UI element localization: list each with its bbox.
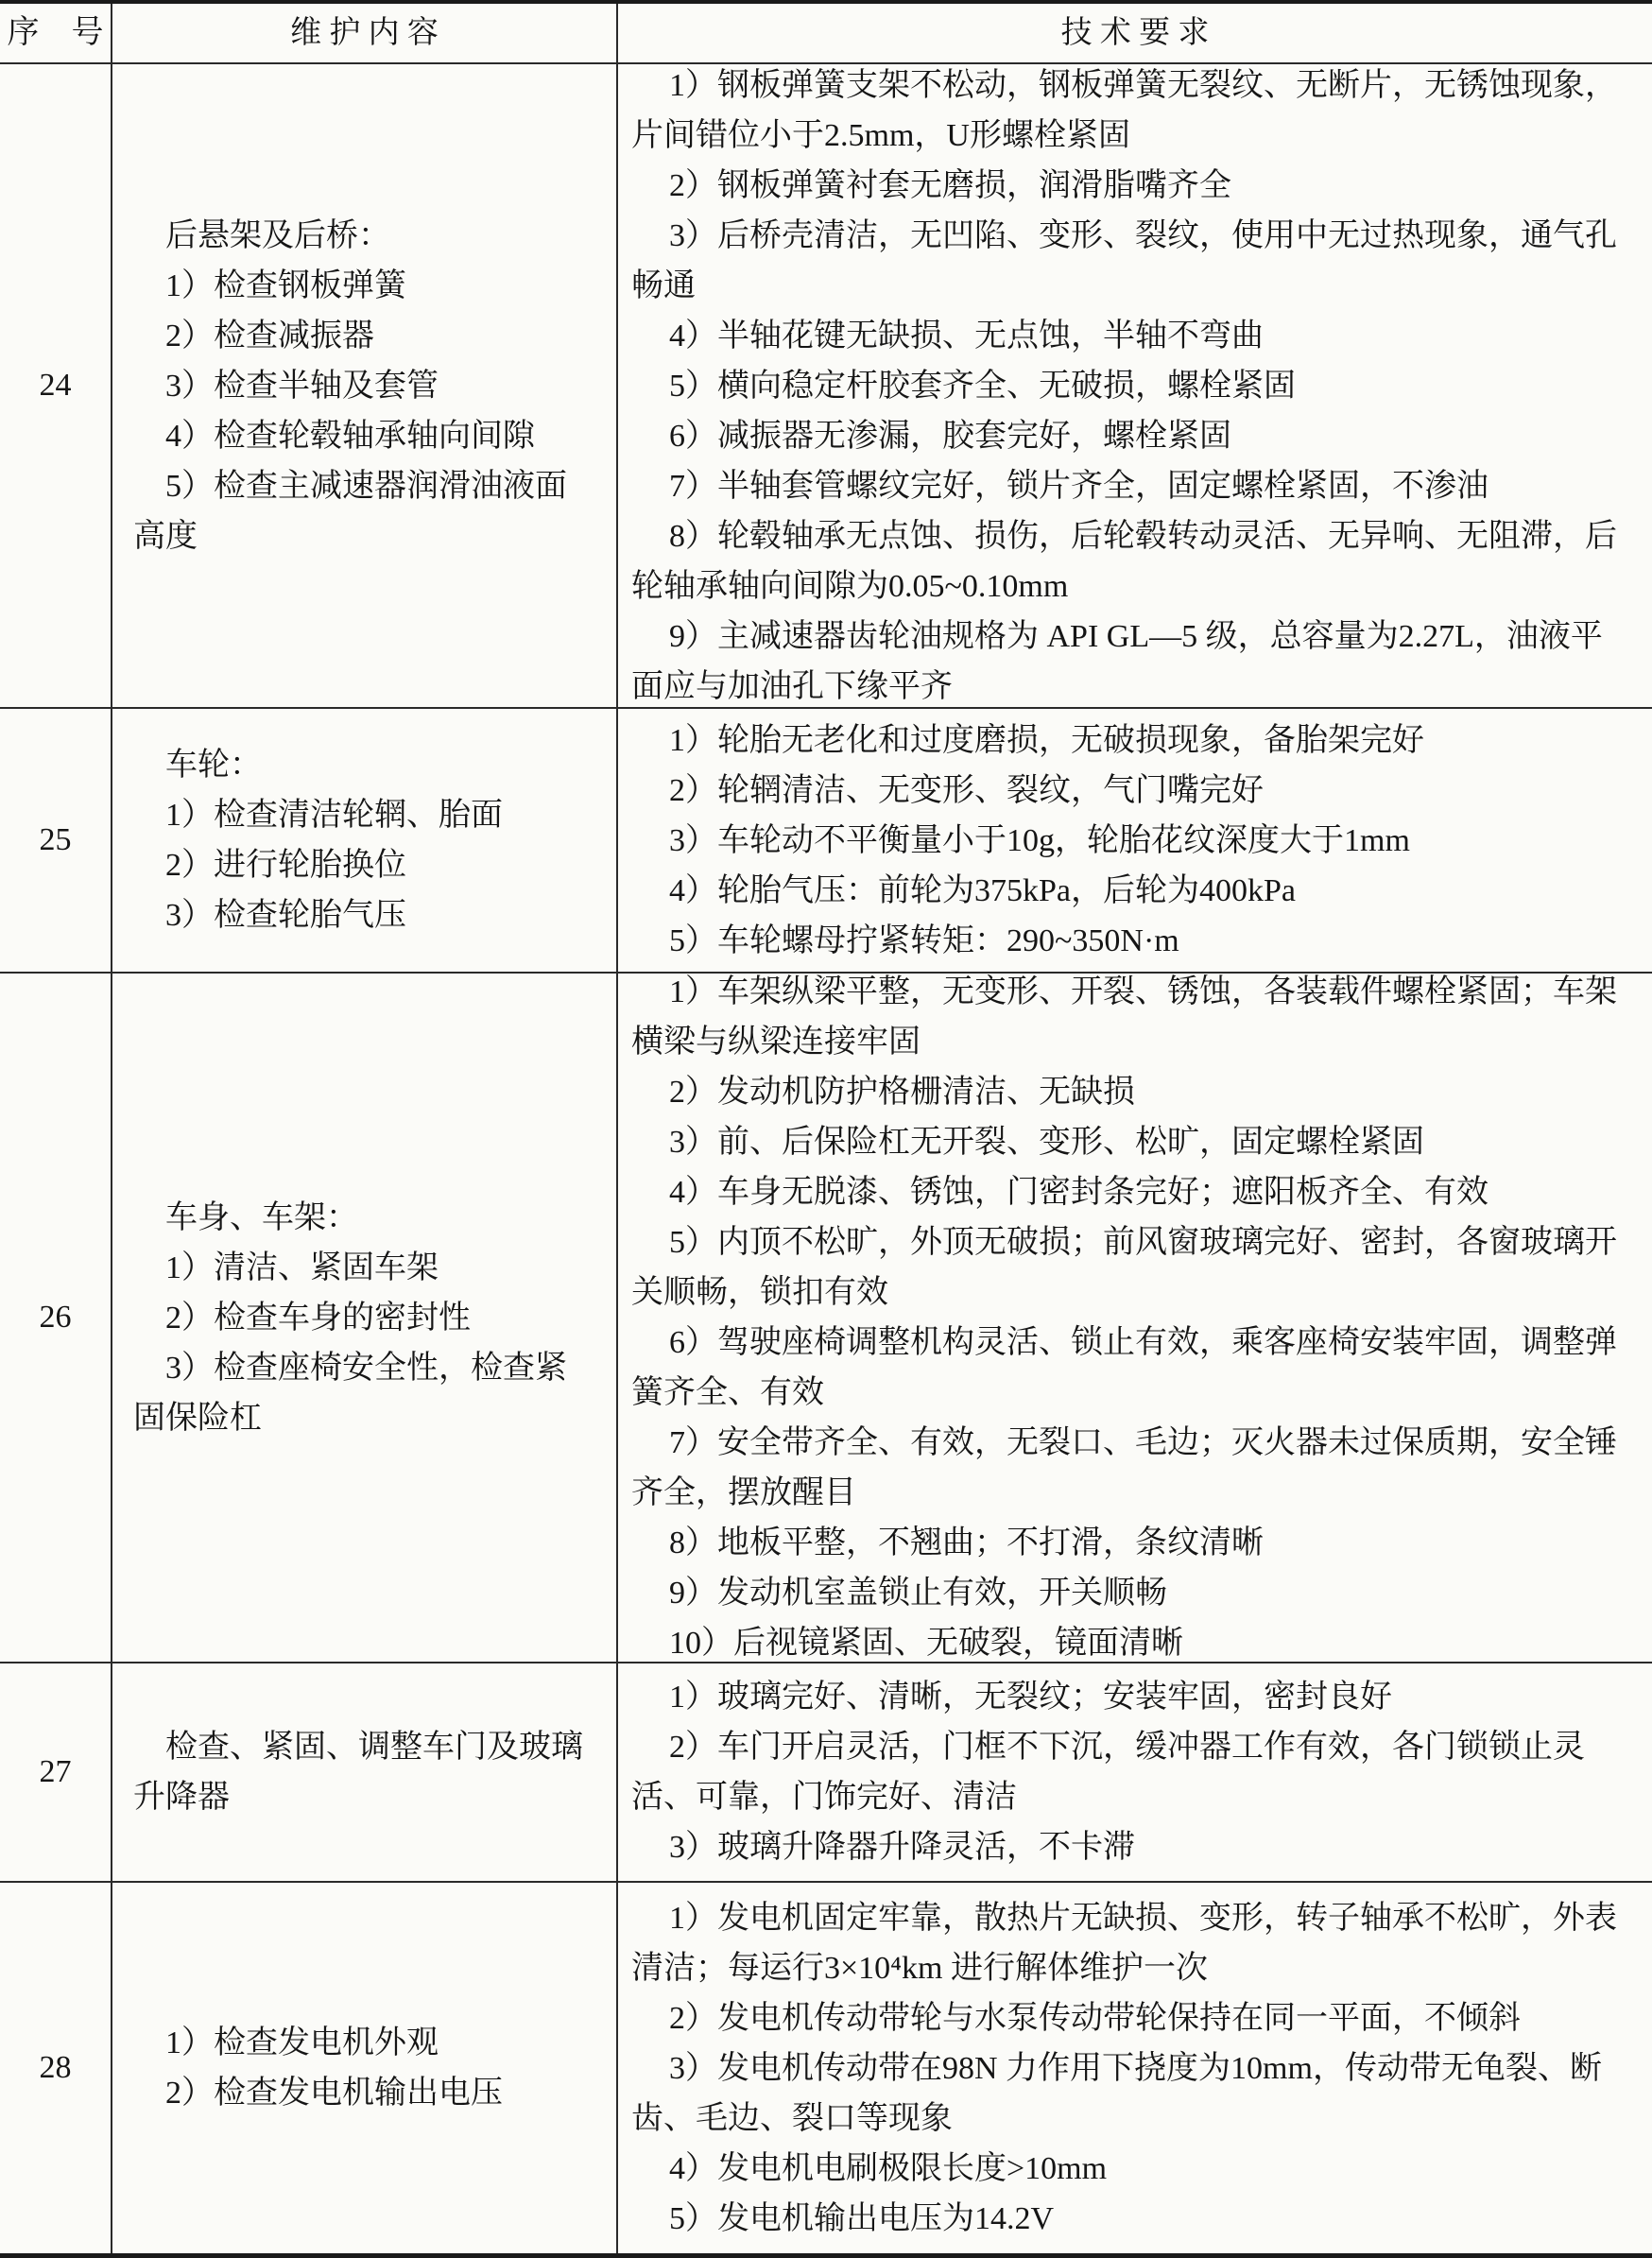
table-row: 27检查、紧固、调整车门及玻璃升降器1）玻璃完好、清晰，无裂纹；安装牢固，密封良… [0, 1662, 1652, 1881]
content-paragraph: 后悬架及后桥： [112, 211, 616, 261]
requirement-paragraph: 3）后桥壳清洁，无凹陷、变形、裂纹，使用中无过热现象，通气孔畅通 [618, 211, 1652, 311]
technical-requirements-cell: 1）发电机固定牢靠，散热片无缺损、变形，转子轴承不松旷，外表清洁；每运行3×10… [616, 1883, 1652, 2253]
content-paragraph: 2）进行轮胎换位 [112, 840, 616, 890]
requirement-paragraph: 3）前、后保险杠无开裂、变形、松旷，固定螺栓紧固 [618, 1117, 1652, 1167]
requirement-paragraph: 6）减振器无渗漏，胶套完好，螺栓紧固 [618, 411, 1652, 461]
maintenance-content-cell: 1）检查发电机外观2）检查发电机输出电压 [111, 1883, 616, 2253]
requirement-paragraph: 4）轮胎气压：前轮为375kPa，后轮为400kPa [618, 866, 1652, 916]
requirement-paragraph: 10）后视镜紧固、无破裂，镜面清晰 [618, 1618, 1652, 1662]
content-paragraph: 1）检查钢板弹簧 [112, 261, 616, 311]
technical-requirements-cell: 1）钢板弹簧支架不松动，钢板弹簧无裂纹、无断片，无锈蚀现象，片间错位小于2.5m… [616, 64, 1652, 707]
requirement-paragraph: 2）车门开启灵活，门框不下沉，缓冲器工作有效，各门锁锁止灵活、可靠，门饰完好、清… [618, 1722, 1652, 1822]
requirement-paragraph: 1）钢板弹簧支架不松动，钢板弹簧无裂纹、无断片，无锈蚀现象，片间错位小于2.5m… [618, 64, 1652, 161]
requirement-paragraph: 8）地板平整，不翘曲；不打滑，条纹清晰 [618, 1518, 1652, 1568]
row-number: 26 [40, 1300, 72, 1336]
row-number: 24 [40, 368, 72, 404]
content-paragraph: 1）清洁、紧固车架 [112, 1243, 616, 1293]
requirement-paragraph: 2）发电机传动带轮与水泵传动带轮保持在同一平面，不倾斜 [618, 1993, 1652, 2043]
content-paragraph: 2）检查发电机输出电压 [112, 2068, 616, 2118]
requirement-paragraph: 3）玻璃升降器升降灵活，不卡滞 [618, 1822, 1652, 1872]
document-page: 序 号 维 护 内 容 技 术 要 求 24后悬架及后桥：1）检查钢板弹簧2）检… [0, 0, 1652, 2258]
table-row: 25车轮：1）检查清洁轮辋、胎面2）进行轮胎换位3）检查轮胎气压1）轮胎无老化和… [0, 707, 1652, 972]
requirement-paragraph: 5）内顶不松旷，外顶无破损；前风窗玻璃完好、密封，各窗玻璃开关顺畅，锁扣有效 [618, 1217, 1652, 1318]
requirement-paragraph: 8）轮毂轴承无点蚀、损伤，后轮毂转动灵活、无异响、无阻滞，后轮轴承轴向间隙为0.… [618, 511, 1652, 612]
requirement-paragraph: 9）主减速器齿轮油规格为 API GL—5 级，总容量为2.27L，油液平面应与… [618, 612, 1652, 708]
maintenance-content-cell: 车身、车架：1）清洁、紧固车架2）检查车身的密封性3）检查座椅安全性，检查紧固保… [111, 974, 616, 1662]
row-number: 25 [40, 822, 72, 858]
maintenance-table: 序 号 维 护 内 容 技 术 要 求 24后悬架及后桥：1）检查钢板弹簧2）检… [0, 0, 1652, 2258]
requirement-paragraph: 1）轮胎无老化和过度磨损，无破损现象，备胎架完好 [618, 715, 1652, 766]
row-number-cell: 28 [0, 1883, 111, 2253]
content-paragraph: 3）检查轮胎气压 [112, 890, 616, 940]
technical-requirements-cell: 1）玻璃完好、清晰，无裂纹；安装牢固，密封良好2）车门开启灵活，门框不下沉，缓冲… [616, 1663, 1652, 1881]
maintenance-content-cell: 车轮：1）检查清洁轮辋、胎面2）进行轮胎换位3）检查轮胎气压 [111, 709, 616, 972]
table-row: 26车身、车架：1）清洁、紧固车架2）检查车身的密封性3）检查座椅安全性，检查紧… [0, 972, 1652, 1662]
content-paragraph: 车轮： [112, 740, 616, 790]
technical-requirements-cell: 1）车架纵梁平整，无变形、开裂、锈蚀，各装载件螺栓紧固；车架横梁与纵梁连接牢固2… [616, 974, 1652, 1662]
content-paragraph: 车身、车架： [112, 1193, 616, 1243]
requirement-paragraph: 5）车轮螺母拧紧转矩：290~350N·m [618, 916, 1652, 966]
requirement-paragraph: 4）发电机电刷极限长度>10mm [618, 2144, 1652, 2194]
requirement-paragraph: 2）钢板弹簧衬套无磨损，润滑脂嘴齐全 [618, 161, 1652, 211]
content-paragraph: 1）检查清洁轮辋、胎面 [112, 790, 616, 840]
row-number: 27 [40, 1754, 72, 1790]
content-paragraph: 检查、紧固、调整车门及玻璃升降器 [112, 1722, 616, 1822]
content-paragraph: 3）检查座椅安全性，检查紧固保险杠 [112, 1343, 616, 1443]
requirement-paragraph: 5）发电机输出电压为14.2V [618, 2194, 1652, 2244]
requirement-paragraph: 1）发电机固定牢靠，散热片无缺损、变形，转子轴承不松旷，外表清洁；每运行3×10… [618, 1893, 1652, 1993]
row-number-cell: 24 [0, 64, 111, 707]
requirement-paragraph: 1）玻璃完好、清晰，无裂纹；安装牢固，密封良好 [618, 1672, 1652, 1722]
requirement-paragraph: 3）车轮动不平衡量小于10g，轮胎花纹深度大于1mm [618, 816, 1652, 866]
requirement-paragraph: 4）车身无脱漆、锈蚀，门密封条完好；遮阳板齐全、有效 [618, 1167, 1652, 1217]
content-paragraph: 1）检查发电机外观 [112, 2018, 616, 2068]
requirement-paragraph: 7）安全带齐全、有效，无裂口、毛边；灭火器未过保质期，安全锤齐全，摆放醒目 [618, 1418, 1652, 1518]
row-number-cell: 26 [0, 974, 111, 1662]
header-col-no: 序 号 [0, 4, 111, 62]
content-paragraph: 5）检查主减速器润滑油液面高度 [112, 461, 616, 561]
table-row: 281）检查发电机外观2）检查发电机输出电压1）发电机固定牢靠，散热片无缺损、变… [0, 1881, 1652, 2253]
maintenance-content-cell: 检查、紧固、调整车门及玻璃升降器 [111, 1663, 616, 1881]
table-header-row: 序 号 维 护 内 容 技 术 要 求 [0, 4, 1652, 62]
content-paragraph: 4）检查轮毂轴承轴向间隙 [112, 411, 616, 461]
requirement-paragraph: 3）发电机传动带在98N 力作用下挠度为10mm，传动带无龟裂、断齿、毛边、裂口… [618, 2043, 1652, 2144]
requirement-paragraph: 9）发动机室盖锁止有效，开关顺畅 [618, 1568, 1652, 1618]
technical-requirements-cell: 1）轮胎无老化和过度磨损，无破损现象，备胎架完好2）轮辋清洁、无变形、裂纹，气门… [616, 709, 1652, 972]
maintenance-content-cell: 后悬架及后桥：1）检查钢板弹簧2）检查减振器3）检查半轴及套管4）检查轮毂轴承轴… [111, 64, 616, 707]
content-paragraph: 2）检查车身的密封性 [112, 1293, 616, 1343]
header-col-requirements: 技 术 要 求 [616, 4, 1652, 62]
header-col-content: 维 护 内 容 [111, 4, 616, 62]
requirement-paragraph: 5）横向稳定杆胶套齐全、无破损，螺栓紧固 [618, 361, 1652, 411]
content-paragraph: 3）检查半轴及套管 [112, 361, 616, 411]
content-paragraph: 2）检查减振器 [112, 311, 616, 361]
row-number-cell: 27 [0, 1663, 111, 1881]
requirement-paragraph: 1）车架纵梁平整，无变形、开裂、锈蚀，各装载件螺栓紧固；车架横梁与纵梁连接牢固 [618, 974, 1652, 1067]
table-row: 24后悬架及后桥：1）检查钢板弹簧2）检查减振器3）检查半轴及套管4）检查轮毂轴… [0, 62, 1652, 707]
requirement-paragraph: 2）轮辋清洁、无变形、裂纹，气门嘴完好 [618, 766, 1652, 816]
row-number-cell: 25 [0, 709, 111, 972]
requirement-paragraph: 7）半轴套管螺纹完好，锁片齐全，固定螺栓紧固，不渗油 [618, 461, 1652, 511]
requirement-paragraph: 4）半轴花键无缺损、无点蚀，半轴不弯曲 [618, 311, 1652, 361]
requirement-paragraph: 6）驾驶座椅调整机构灵活、锁止有效，乘客座椅安装牢固，调整弹簧齐全、有效 [618, 1318, 1652, 1418]
row-number: 28 [40, 2050, 72, 2086]
requirement-paragraph: 2）发动机防护格栅清洁、无缺损 [618, 1067, 1652, 1117]
